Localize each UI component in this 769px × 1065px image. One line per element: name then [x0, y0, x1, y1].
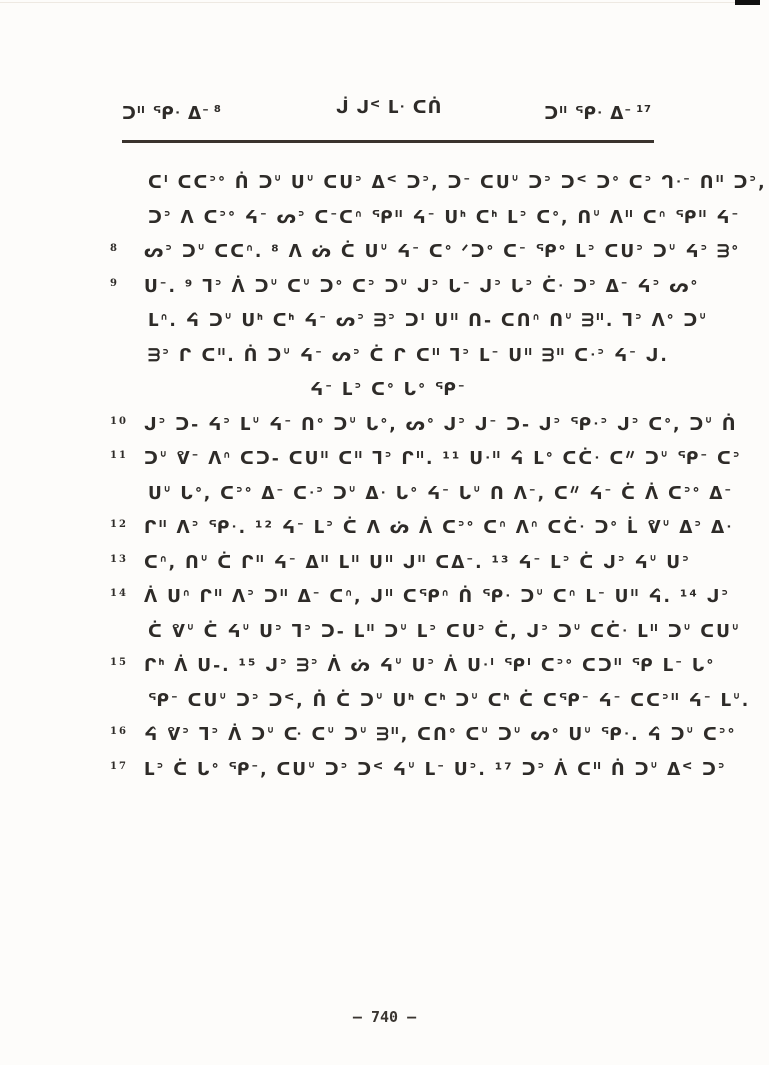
verse-number: 9	[110, 267, 119, 302]
running-head-left-text: ᑐᐦ ᕿᐧ ᐃᐨ	[122, 104, 210, 124]
line-text: ᔦᐨ ᒪᐣ ᑕᐤ ᒐᐤ ᕿᐨ	[310, 373, 467, 408]
text-line: ᑕᑊ ᑕᑕᐣᐤ ᑏ ᑐᐡ ᑌᐡ ᑕᑌᐣ ᐃᑉ ᑐᐣ, ᑐᐨ ᑕᑌᐡ ᑐᐣ ᑐᑉ …	[110, 166, 670, 201]
running-head-left-ref: 8	[214, 104, 222, 115]
line-text: ᑖ ᕓᐡ ᑖ ᔦᐡ ᑌᐣ ᒣᐣ ᑐ- ᒪᐦ ᑐᐡ ᒪᐣ ᑕᑌᐣ ᑖ, ᒍᐣ ᑐᐡ…	[148, 615, 741, 650]
line-text: ᒋᐦ ᐱᐣ ᕿᐧ. ¹² ᔦᐨ ᒪᐣ ᑖ ᐱ ᔖ ᐲ ᑕᐣᐤ ᑕᐢ ᐱᐢ ᑕᑖᐧ…	[144, 511, 733, 546]
running-head-right-ref: 17	[636, 104, 652, 115]
text-line: 17ᒪᐣ ᑖ ᒐᐤ ᕿᐨ, ᑕᑌᐡ ᑐᐣ ᑐᑉ ᔦᐡ ᒪᐨ ᑌᐣ. ¹⁷ ᑐᐣ …	[110, 753, 670, 788]
text-line: ᑖ ᕓᐡ ᑖ ᔦᐡ ᑌᐣ ᒣᐣ ᑐ- ᒪᐦ ᑐᐡ ᒪᐣ ᑕᑌᐣ ᑖ, ᒍᐣ ᑐᐡ…	[110, 615, 670, 650]
text-line: 12ᒋᐦ ᐱᐣ ᕿᐧ. ¹² ᔦᐨ ᒪᐣ ᑖ ᐱ ᔖ ᐲ ᑕᐣᐤ ᑕᐢ ᐱᐢ ᑕ…	[110, 511, 670, 546]
verse-number: 17	[110, 750, 128, 785]
verse-number: 12	[110, 508, 128, 543]
verse-number: 15	[110, 646, 128, 681]
line-text: ᑌᐡ ᒐᐤ, ᑕᐣᐤ ᐃᐨ ᑕᐧᐣ ᑐᐡ ᐃᐧ ᒐᐤ ᔦᐨ ᒐᐡ ᑎ ᐱᐨ, ᑕ…	[148, 477, 733, 512]
text-line: 14ᐲ ᑌᐢ ᒋᐦ ᐱᐣ ᑐᐦ ᐃᐨ ᑕᐢ, ᒍᐦ ᑕᕿᐢ ᑏ ᕿᐧ ᑐᐡ ᑕᐢ…	[110, 580, 670, 615]
line-text: ᑌᐨ. ⁹ ᒣᐣ ᐲ ᑐᐡ ᑕᐡ ᑐᐤ ᑕᐣ ᑐᐡ ᒍᐣ ᒐᐨ ᒍᐣ ᒐᐣ ᑖᐧ…	[144, 270, 699, 305]
text-line: 9ᑌᐨ. ⁹ ᒣᐣ ᐲ ᑐᐡ ᑕᐡ ᑐᐤ ᑕᐣ ᑐᐡ ᒍᐣ ᒐᐨ ᒍᐣ ᒐᐣ ᑖ…	[110, 270, 670, 305]
text-line: ᑌᐡ ᒐᐤ, ᑕᐣᐤ ᐃᐨ ᑕᐧᐣ ᑐᐡ ᐃᐧ ᒐᐤ ᔦᐨ ᒐᐡ ᑎ ᐱᐨ, ᑕ…	[110, 477, 670, 512]
verse-number: 10	[110, 405, 128, 440]
text-line: 10ᒍᐣ ᑐ- ᔦᐣ ᒪᐡ ᔦᐨ ᑎᐤ ᑐᐡ ᒐᐤ, ᔕᐤ ᒍᐣ ᒍᐨ ᑐ- ᒍ…	[110, 408, 670, 443]
verse-number: 16	[110, 715, 128, 750]
page-number: — 740 —	[0, 1008, 769, 1026]
text-line: ᑐᐣ ᐱ ᑕᐣᐤ ᔦᐨ ᔕᐣ ᑕᐨᑕᐢ ᕿᐦ ᔦᐨ ᑌᑋ ᑕᑋ ᒪᐣ ᑕᐤ, ᑎ…	[110, 201, 670, 236]
running-head-right: ᑐᐦ ᕿᐧ ᐃᐨ17	[544, 104, 652, 124]
section-heading: ᔦᐨ ᒪᐣ ᑕᐤ ᒐᐤ ᕿᐨ	[110, 373, 670, 408]
text-line: ᕿᐨ ᑕᑌᐡ ᑐᐣ ᑐᑉ, ᑏ ᑖ ᑐᐡ ᑌᑋ ᑕᑋ ᑐᐡ ᑕᑋ ᑖ ᑕᕿᐨ ᔦ…	[110, 684, 670, 719]
text-line: ᗱᐣ ᒋ ᑕᐦ. ᑏ ᑐᐡ ᔦᐨ ᔕᐣ ᑖ ᒋ ᑕᐦ ᒣᐣ ᒪᐨ ᑌᐦ ᗱᐦ ᑕ…	[110, 339, 670, 374]
verse-number: 8	[110, 232, 119, 267]
line-text: ᑕᐢ, ᑎᐡ ᑖ ᒋᐦ ᔦᐨ ᐃᐦ ᒪᐦ ᑌᐦ ᒍᐦ ᑕᐃᐨ. ¹³ ᔦᐨ ᒪᐣ…	[144, 546, 691, 581]
scan-top-edge	[0, 2, 740, 3]
line-text: ᔦ̂ ᕓᐣ ᒣᐣ ᐲ ᑐᐡ ᑢ ᑕᐡ ᑐᐡ ᗱᐦ, ᑕᑎᐤ ᑕᐡ ᑐᐡ ᔕᐤ ᑌ…	[144, 718, 736, 753]
line-text: ᒪᐢ. ᔦ̂ ᑐᐡ ᑌᑋ ᑕᑋ ᔦᐨ ᔕᐣ ᗱᐣ ᑐᑊ ᑌᐦ ᑎ- ᑕᑎᐢ ᑎᐡ…	[148, 304, 708, 339]
line-text: ᑐᐣ ᐱ ᑕᐣᐤ ᔦᐨ ᔕᐣ ᑕᐨᑕᐢ ᕿᐦ ᔦᐨ ᑌᑋ ᑕᑋ ᒪᐣ ᑕᐤ, ᑎ…	[148, 201, 740, 236]
running-head-title: ᒎ ᒍᑉ ᒪᐧ ᑕᑏ	[336, 98, 442, 118]
running-head-left: ᑐᐦ ᕿᐧ ᐃᐨ8	[122, 104, 222, 124]
line-text: ᑐᐡ ᕓᐨ ᐱᐢ ᑕᑐ- ᑕᑌᐦ ᑕᐦ ᒣᐣ ᒋᐦ. ¹¹ ᑌᐧᐦ ᔦ̂ ᒪᐤ …	[144, 442, 742, 477]
body-text: ᑕᑊ ᑕᑕᐣᐤ ᑏ ᑐᐡ ᑌᐡ ᑕᑌᐣ ᐃᑉ ᑐᐣ, ᑐᐨ ᑕᑌᐡ ᑐᐣ ᑐᑉ …	[110, 166, 670, 787]
line-text: ᒍᐣ ᑐ- ᔦᐣ ᒪᐡ ᔦᐨ ᑎᐤ ᑐᐡ ᒐᐤ, ᔕᐤ ᒍᐣ ᒍᐨ ᑐ- ᒍᐣ …	[144, 408, 738, 443]
line-text: ᒪᐣ ᑖ ᒐᐤ ᕿᐨ, ᑕᑌᐡ ᑐᐣ ᑐᑉ ᔦᐡ ᒪᐨ ᑌᐣ. ¹⁷ ᑐᐣ ᐲ …	[144, 753, 727, 788]
text-line: 11ᑐᐡ ᕓᐨ ᐱᐢ ᑕᑐ- ᑕᑌᐦ ᑕᐦ ᒣᐣ ᒋᐦ. ¹¹ ᑌᐧᐦ ᔦ̂ ᒪ…	[110, 442, 670, 477]
line-text: ᕿᐨ ᑕᑌᐡ ᑐᐣ ᑐᑉ, ᑏ ᑖ ᑐᐡ ᑌᑋ ᑕᑋ ᑐᐡ ᑕᑋ ᑖ ᑕᕿᐨ ᔦ…	[148, 684, 750, 719]
text-line: 8ᔕᐣ ᑐᐡ ᑕᑕᐢ. ⁸ ᐱ ᔖ ᑖ ᑌᐡ ᔦᐨ ᑕᐤ ᐟᑐᐤ ᑕᐨ ᕿᐤ ᒪ…	[110, 235, 670, 270]
header-rule	[122, 140, 654, 143]
verse-number: 14	[110, 577, 128, 612]
text-line: 16ᔦ̂ ᕓᐣ ᒣᐣ ᐲ ᑐᐡ ᑢ ᑕᐡ ᑐᐡ ᗱᐦ, ᑕᑎᐤ ᑕᐡ ᑐᐡ ᔕᐤ…	[110, 718, 670, 753]
text-line: ᒪᐢ. ᔦ̂ ᑐᐡ ᑌᑋ ᑕᑋ ᔦᐨ ᔕᐣ ᗱᐣ ᑐᑊ ᑌᐦ ᑎ- ᑕᑎᐢ ᑎᐡ…	[110, 304, 670, 339]
verse-number: 11	[110, 439, 128, 474]
verse-number: 13	[110, 543, 128, 578]
line-text: ᐲ ᑌᐢ ᒋᐦ ᐱᐣ ᑐᐦ ᐃᐨ ᑕᐢ, ᒍᐦ ᑕᕿᐢ ᑏ ᕿᐧ ᑐᐡ ᑕᐢ ᒪ…	[144, 580, 730, 615]
line-text: ᗱᐣ ᒋ ᑕᐦ. ᑏ ᑐᐡ ᔦᐨ ᔕᐣ ᑖ ᒋ ᑕᐦ ᒣᐣ ᒪᐨ ᑌᐦ ᗱᐦ ᑕ…	[148, 339, 669, 374]
running-head-right-text: ᑐᐦ ᕿᐧ ᐃᐨ	[544, 104, 632, 124]
line-text: ᒋᑋ ᐲ ᑌ-. ¹⁵ ᒍᐣ ᗱᐣ ᐲ ᔖ ᔦᐡ ᑌᐣ ᐲ ᑌᐧᑊ ᕿᑊ ᑕᐣᐤ…	[144, 649, 715, 684]
scan-corner-mark	[735, 0, 760, 5]
line-text: ᑕᑊ ᑕᑕᐣᐤ ᑏ ᑐᐡ ᑌᐡ ᑕᑌᐣ ᐃᑉ ᑐᐣ, ᑐᐨ ᑕᑌᐡ ᑐᐣ ᑐᑉ …	[148, 166, 767, 201]
running-head: ᑐᐦ ᕿᐧ ᐃᐨ8 ᒎ ᒍᑉ ᒪᐧ ᑕᑏ ᑐᐦ ᕿᐧ ᐃᐨ17	[122, 104, 652, 130]
line-text: ᔕᐣ ᑐᐡ ᑕᑕᐢ. ⁸ ᐱ ᔖ ᑖ ᑌᐡ ᔦᐨ ᑕᐤ ᐟᑐᐤ ᑕᐨ ᕿᐤ ᒪᐣ…	[144, 235, 740, 270]
text-line: 15ᒋᑋ ᐲ ᑌ-. ¹⁵ ᒍᐣ ᗱᐣ ᐲ ᔖ ᔦᐡ ᑌᐣ ᐲ ᑌᐧᑊ ᕿᑊ ᑕ…	[110, 649, 670, 684]
text-line: 13ᑕᐢ, ᑎᐡ ᑖ ᒋᐦ ᔦᐨ ᐃᐦ ᒪᐦ ᑌᐦ ᒍᐦ ᑕᐃᐨ. ¹³ ᔦᐨ …	[110, 546, 670, 581]
